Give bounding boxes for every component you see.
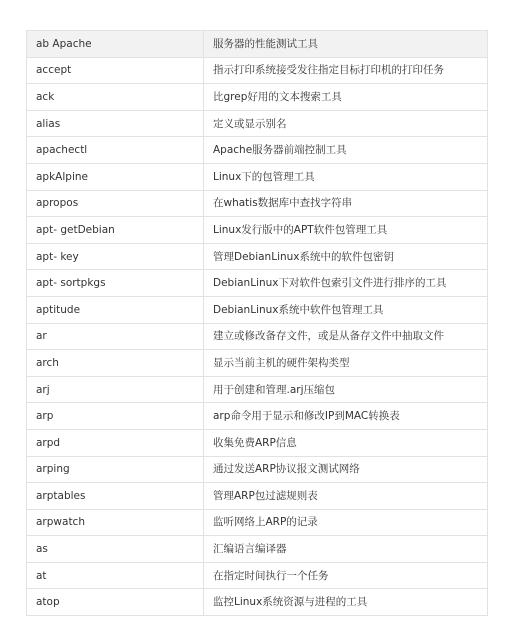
description-cell: 建立或修改备存文件，或是从备存文件中抽取文件 bbox=[204, 323, 488, 350]
description-cell: 监控Linux系统资源与进程的工具 bbox=[204, 589, 488, 616]
table-row: apropos在whatis数据库中查找字符串 bbox=[27, 190, 488, 217]
description-cell: 收集免费ARP信息 bbox=[204, 429, 488, 456]
table-row: apt- getDebianLinux发行版中的APT软件包管理工具 bbox=[27, 217, 488, 244]
command-cell: arpd bbox=[27, 429, 204, 456]
command-cell: arp bbox=[27, 403, 204, 430]
description-cell: 服务器的性能测试工具 bbox=[204, 31, 488, 58]
table-row: arpd收集免费ARP信息 bbox=[27, 429, 488, 456]
table-row: apt- sortpkgsDebianLinux下对软件包索引文件进行排序的工具 bbox=[27, 270, 488, 297]
command-cell: apt- key bbox=[27, 243, 204, 270]
table-body: ab Apache服务器的性能测试工具accept指示打印系统接受发往指定目标打… bbox=[27, 31, 488, 616]
table-row: arpwatch监听网络上ARP的记录 bbox=[27, 509, 488, 536]
command-cell: aptitude bbox=[27, 296, 204, 323]
description-cell: 用于创建和管理.arj压缩包 bbox=[204, 376, 488, 403]
command-cell: arch bbox=[27, 350, 204, 377]
description-cell: Apache服务器前端控制工具 bbox=[204, 137, 488, 164]
table-row: aptitudeDebianLinux系统中软件包管理工具 bbox=[27, 296, 488, 323]
table-row: arptables管理ARP包过滤规则表 bbox=[27, 483, 488, 510]
description-cell: 管理DebianLinux系统中的软件包密钥 bbox=[204, 243, 488, 270]
command-cell: ack bbox=[27, 84, 204, 111]
description-cell: 比grep好用的文本搜索工具 bbox=[204, 84, 488, 111]
description-cell: 显示当前主机的硬件架构类型 bbox=[204, 350, 488, 377]
command-cell: apt- getDebian bbox=[27, 217, 204, 244]
table-row: ack比grep好用的文本搜索工具 bbox=[27, 84, 488, 111]
table-row: apt- key管理DebianLinux系统中的软件包密钥 bbox=[27, 243, 488, 270]
table-row: alias定义或显示别名 bbox=[27, 110, 488, 137]
command-cell: as bbox=[27, 536, 204, 563]
description-cell: DebianLinux系统中软件包管理工具 bbox=[204, 296, 488, 323]
description-cell: arp命令用于显示和修改IP到MAC转换表 bbox=[204, 403, 488, 430]
table-row: arping通过发送ARP协议报文测试网络 bbox=[27, 456, 488, 483]
table-row: arch显示当前主机的硬件架构类型 bbox=[27, 350, 488, 377]
command-cell: ab Apache bbox=[27, 31, 204, 58]
table-row: atop监控Linux系统资源与进程的工具 bbox=[27, 589, 488, 616]
table-row: ar建立或修改备存文件，或是从备存文件中抽取文件 bbox=[27, 323, 488, 350]
table-row: apachectlApache服务器前端控制工具 bbox=[27, 137, 488, 164]
description-cell: Linux发行版中的APT软件包管理工具 bbox=[204, 217, 488, 244]
table-row: arparp命令用于显示和修改IP到MAC转换表 bbox=[27, 403, 488, 430]
command-cell: accept bbox=[27, 57, 204, 84]
command-cell: at bbox=[27, 562, 204, 589]
description-cell: 在指定时间执行一个任务 bbox=[204, 562, 488, 589]
description-cell: 指示打印系统接受发往指定目标打印机的打印任务 bbox=[204, 57, 488, 84]
command-cell: apt- sortpkgs bbox=[27, 270, 204, 297]
table-row: accept指示打印系统接受发往指定目标打印机的打印任务 bbox=[27, 57, 488, 84]
command-cell: ar bbox=[27, 323, 204, 350]
table-row: ab Apache服务器的性能测试工具 bbox=[27, 31, 488, 58]
command-cell: apachectl bbox=[27, 137, 204, 164]
command-cell: apkAlpine bbox=[27, 163, 204, 190]
command-cell: arj bbox=[27, 376, 204, 403]
command-cell: atop bbox=[27, 589, 204, 616]
description-cell: 监听网络上ARP的记录 bbox=[204, 509, 488, 536]
command-cell: alias bbox=[27, 110, 204, 137]
description-cell: 定义或显示别名 bbox=[204, 110, 488, 137]
description-cell: 汇编语言编译器 bbox=[204, 536, 488, 563]
table-row: at在指定时间执行一个任务 bbox=[27, 562, 488, 589]
table-row: as汇编语言编译器 bbox=[27, 536, 488, 563]
description-cell: 在whatis数据库中查找字符串 bbox=[204, 190, 488, 217]
linux-commands-table: ab Apache服务器的性能测试工具accept指示打印系统接受发往指定目标打… bbox=[26, 30, 488, 616]
table-row: apkAlpineLinux下的包管理工具 bbox=[27, 163, 488, 190]
description-cell: Linux下的包管理工具 bbox=[204, 163, 488, 190]
command-cell: arping bbox=[27, 456, 204, 483]
command-cell: arptables bbox=[27, 483, 204, 510]
table-row: arj用于创建和管理.arj压缩包 bbox=[27, 376, 488, 403]
description-cell: DebianLinux下对软件包索引文件进行排序的工具 bbox=[204, 270, 488, 297]
command-cell: arpwatch bbox=[27, 509, 204, 536]
description-cell: 通过发送ARP协议报文测试网络 bbox=[204, 456, 488, 483]
description-cell: 管理ARP包过滤规则表 bbox=[204, 483, 488, 510]
command-cell: apropos bbox=[27, 190, 204, 217]
